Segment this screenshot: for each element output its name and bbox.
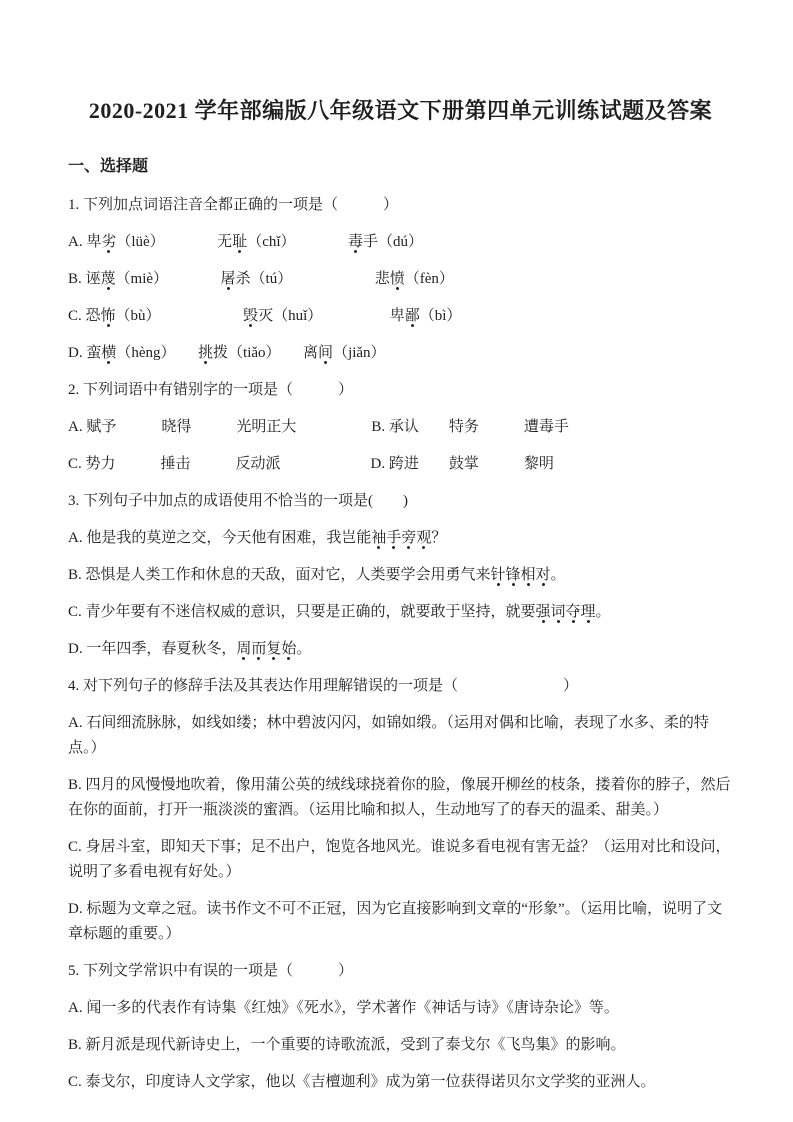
questions-list: 1. 下列加点词语注音全都正确的一项是（ ）A. 卑劣（lüè） 无耻（chǐ）… [68,193,733,1095]
emphasized-text: 毁 [243,308,258,328]
emphasized-text: 间 [318,345,333,365]
question-5-stem: 5. 下列文学常识中有误的一项是（ ） [68,959,733,984]
question-1-option-A: A. 卑劣（lüè） 无耻（chǐ） 毒手（dú） [68,230,733,255]
question-4-option-D: D. 标题为文章之冠。读书作文不可不正冠，因为它直接影响到文章的“形象”。（运用… [68,897,733,947]
question-4-option-A: A. 石间细流脉脉，如线如缕；林中碧波闪闪，如锦如缎。（运用对偶和比喻，表现了水… [68,711,733,761]
question-4-option-C: C. 身居斗室，即知天下事；足不出户，饱览各地风光。谁说多看电视有害无益？（运用… [68,835,733,885]
emphasized-text: 针锋相对 [491,567,551,587]
question-5-option-B: B. 新月派是现代新诗史上，一个重要的诗歌流派，受到了泰戈尔《飞鸟集》的影响。 [68,1033,733,1058]
emphasized-text: 横 [101,345,116,365]
question-5-option-C: C. 泰戈尔，印度诗人文学家，他以《吉檀迦利》成为第一位获得诺贝尔文学奖的亚洲人… [68,1070,733,1095]
document-page: 2020-2021 学年部编版八年级语文下册第四单元训练试题及答案 一、选择题 … [0,0,793,1122]
question-4: 4. 对下列句子的修辞手法及其表达作用理解错误的一项是（ ）A. 石间细流脉脉，… [68,674,733,947]
question-3: 3. 下列句子中加点的成语使用不恰当的一项是( )A. 他是我的莫逆之交，今天他… [68,489,733,662]
question-4-stem: 4. 对下列句子的修辞手法及其表达作用理解错误的一项是（ ） [68,674,733,699]
question-4-option-B: B. 四月的风慢慢地吹着，像用蒲公英的绒线球挠着你的脸，像展开柳丝的枝条，搂着你… [68,773,733,823]
question-5-option-A: A. 闻一多的代表作有诗集《红烛》《死水》，学术著作《神话与诗》《唐诗杂论》等。 [68,996,733,1021]
question-2: 2. 下列词语中有错别字的一项是（ ）A. 赋予 晓得 光明正大 B. 承认 特… [68,378,733,477]
section-heading: 一、选择题 [68,154,733,179]
question-2-option-A: A. 赋予 晓得 光明正大 B. 承认 特务 遭毒手 [68,415,733,440]
question-3-option-D: D. 一年四季，春夏秋冬，周而复始。 [68,637,733,662]
question-3-stem: 3. 下列句子中加点的成语使用不恰当的一项是( ) [68,489,733,514]
emphasized-text: 劣 [101,234,116,254]
emphasized-text: 强词夺理 [536,604,596,624]
question-1-option-D: D. 蛮横（hèng） 挑拨（tiǎo） 离间（jiǎn） [68,341,733,366]
emphasized-text: 袖手旁观 [371,530,431,550]
emphasized-text: 耻 [232,234,247,254]
question-3-option-C: C. 青少年要有不迷信权威的意识，只要是正确的，就要敢于坚持，就要强词夺理。 [68,600,733,625]
emphasized-text: 屠 [221,271,236,291]
emphasized-text: 毒 [348,234,363,254]
question-3-option-A: A. 他是我的莫逆之交，今天他有困难，我岂能袖手旁观？ [68,526,733,551]
emphasized-text: 愤 [390,271,405,291]
question-2-option-B: C. 势力 捶击 反动派 D. 跨进 鼓掌 黎明 [68,452,733,477]
document-title: 2020-2021 学年部编版八年级语文下册第四单元训练试题及答案 [68,96,733,126]
question-2-stem: 2. 下列词语中有错别字的一项是（ ） [68,378,733,403]
emphasized-text: 鄙 [405,308,420,328]
question-5: 5. 下列文学常识中有误的一项是（ ）A. 闻一多的代表作有诗集《红烛》《死水》… [68,959,733,1095]
emphasized-text: 蔑 [101,271,116,291]
question-3-option-B: B. 恐惧是人类工作和休息的天敌，面对它，人类要学会用勇气来针锋相对。 [68,563,733,588]
question-1-stem: 1. 下列加点词语注音全都正确的一项是（ ） [68,193,733,218]
emphasized-text: 周而复始 [236,641,296,661]
emphasized-text: 怖 [101,308,116,328]
question-1: 1. 下列加点词语注音全都正确的一项是（ ）A. 卑劣（lüè） 无耻（chǐ）… [68,193,733,366]
question-1-option-C: C. 恐怖（bù） 毁灭（huǐ） 卑鄙（bì） [68,304,733,329]
question-1-option-B: B. 诬蔑（miè） 屠杀（tú） 悲愤（fèn） [68,267,733,292]
emphasized-text: 挑 [198,345,213,365]
